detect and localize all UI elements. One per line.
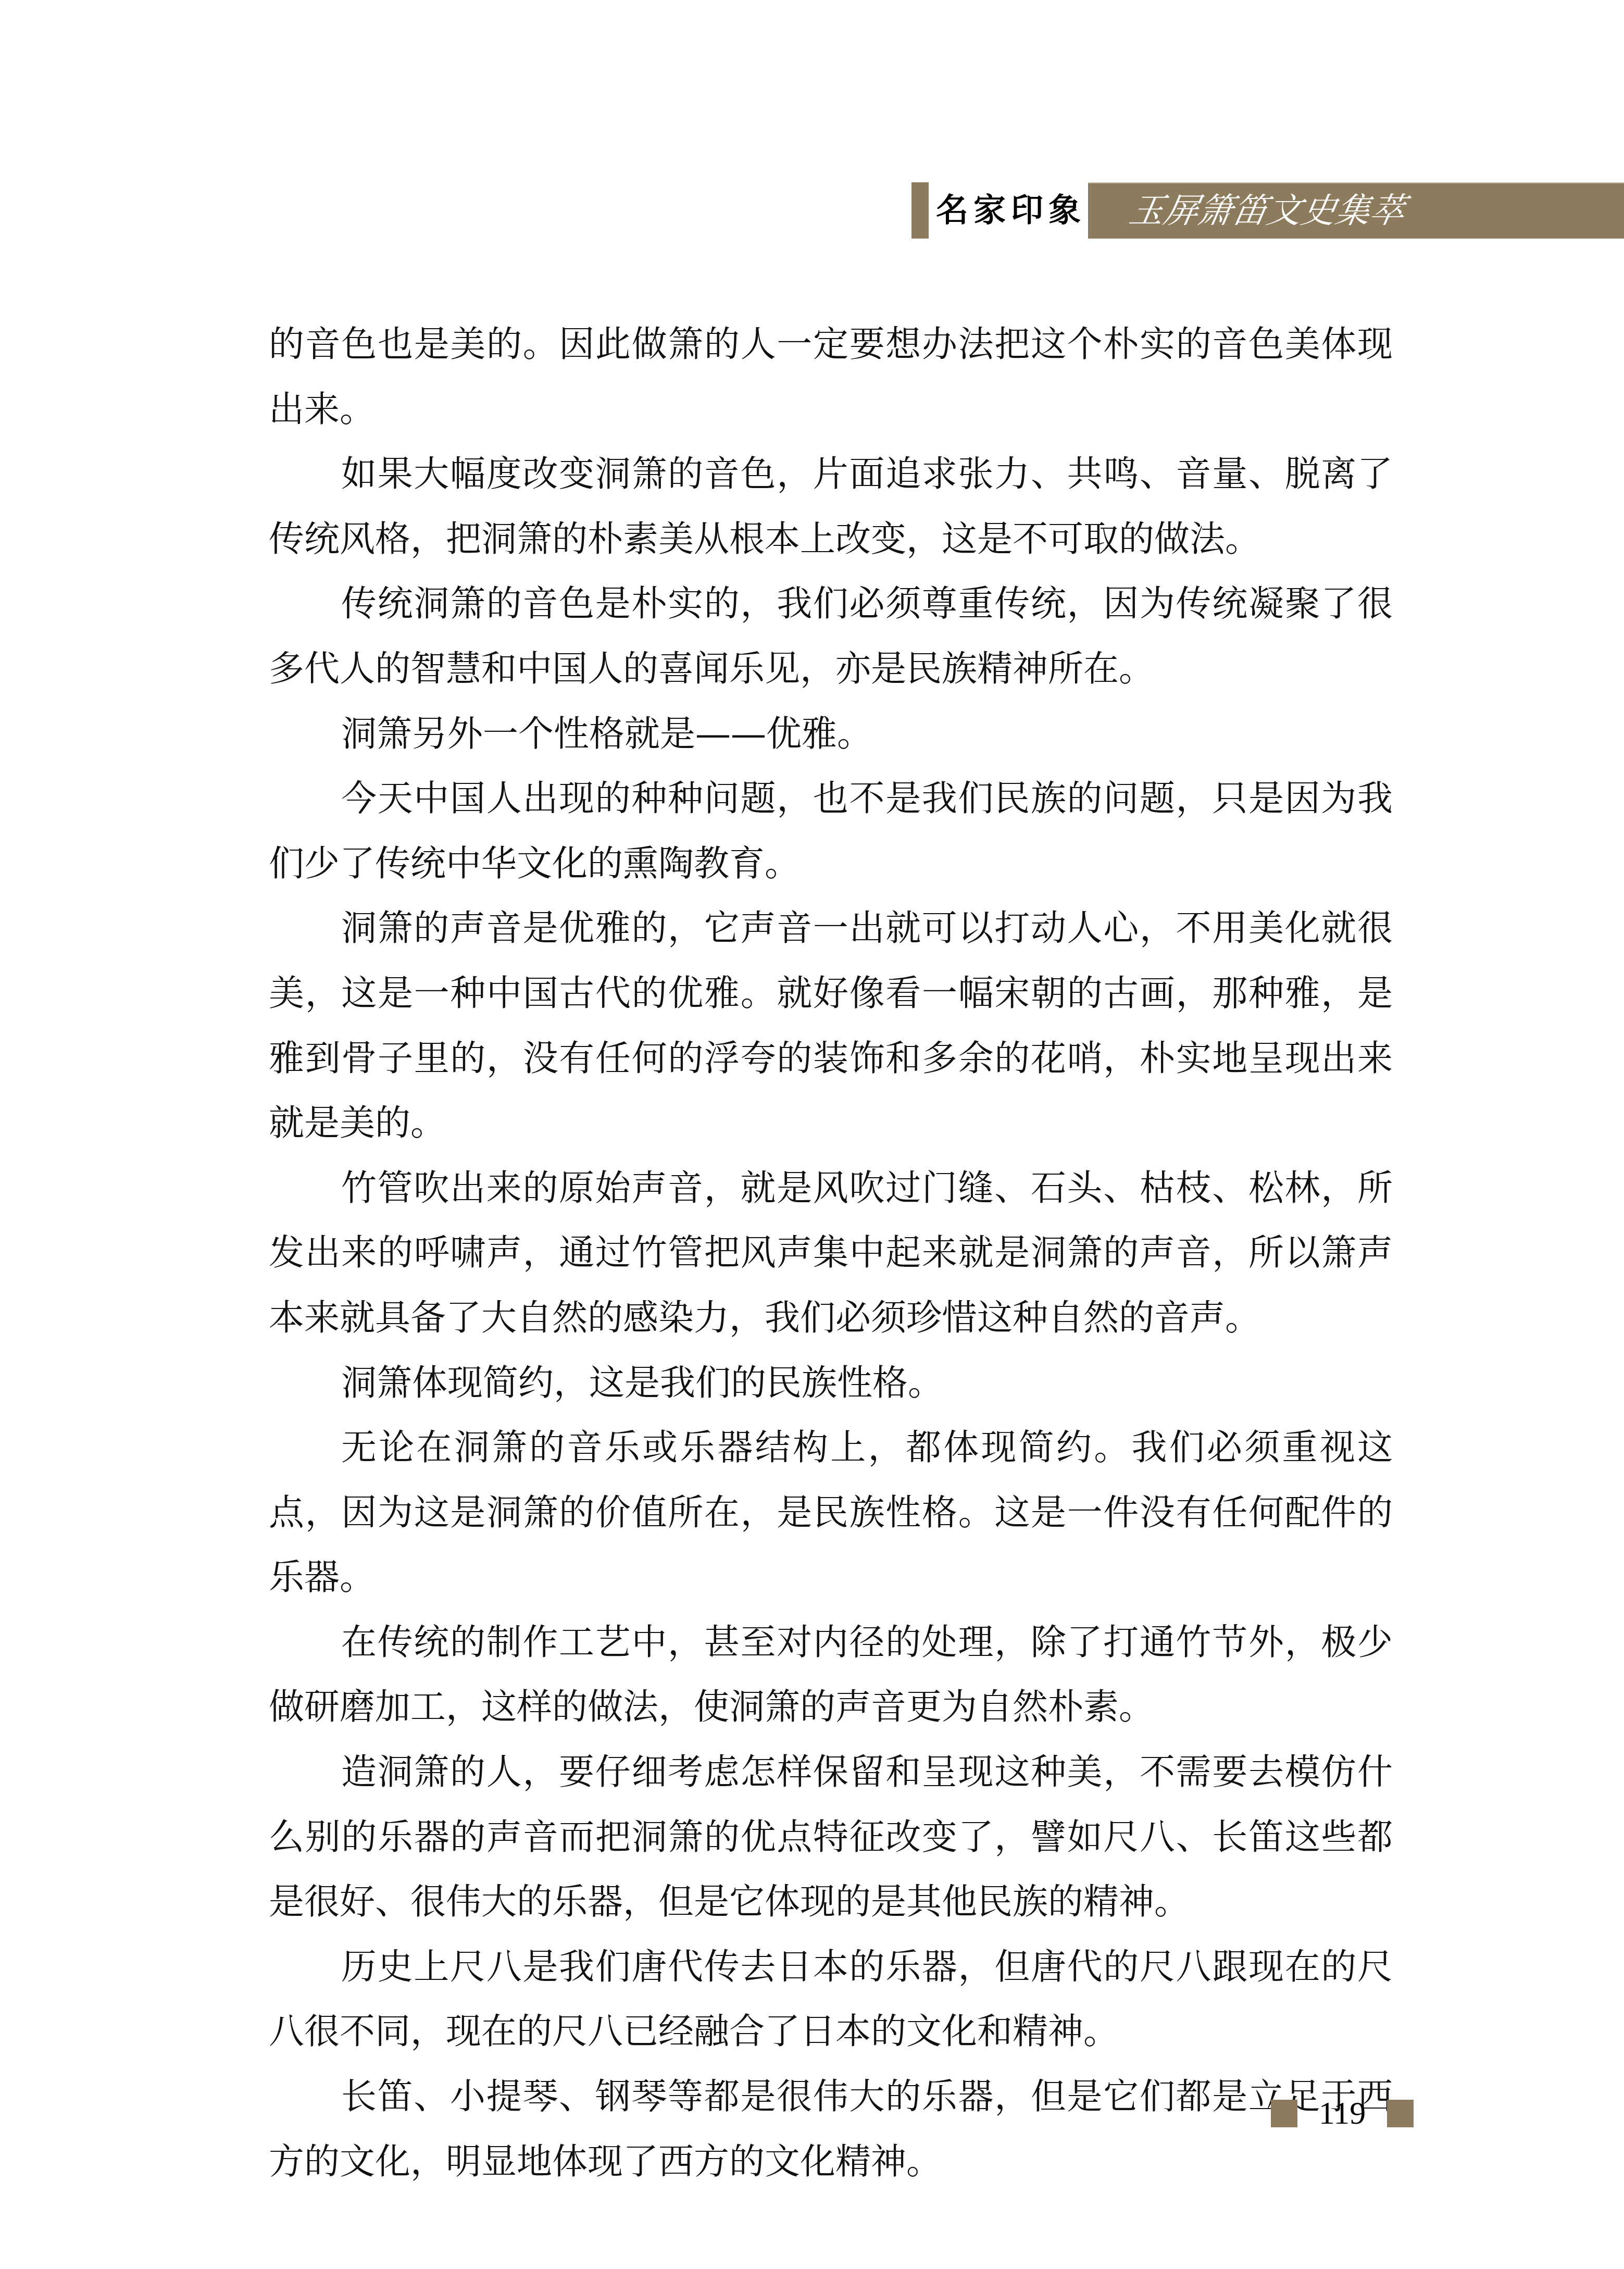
footer-square-left-icon <box>1271 2100 1297 2127</box>
page-footer: 119 <box>1271 2099 1414 2127</box>
paragraph: 洞箫体现简约，这是我们的民族性格。 <box>269 1351 1393 1416</box>
paragraph: 今天中国人出现的种种问题，也不是我们民族的问题，只是因为我们少了传统中华文化的熏… <box>269 767 1393 896</box>
paragraph: 历史上尺八是我们唐代传去日本的乐器，但唐代的尺八跟现在的尺八很不同，现在的尺八已… <box>269 1935 1393 2065</box>
paragraph: 如果大幅度改变洞箫的音色，片面追求张力、共鸣、音量、脱离了传统风格，把洞箫的朴素… <box>269 442 1393 572</box>
paragraph: 的音色也是美的。因此做箫的人一定要想办法把这个朴实的音色美体现出来。 <box>269 313 1393 442</box>
paragraph: 传统洞箫的音色是朴实的，我们必须尊重传统，因为传统凝聚了很多代人的智慧和中国人的… <box>269 572 1393 702</box>
header-accent-bar <box>911 182 929 239</box>
paragraph: 无论在洞箫的音乐或乐器结构上，都体现简约。我们必须重视这点，因为这是洞箫的价值所… <box>269 1416 1393 1611</box>
section-label: 名家印象 <box>936 183 1086 238</box>
paragraph: 洞箫的声音是优雅的，它声音一出就可以打动人心，不用美化就很美，这是一种中国古代的… <box>269 896 1393 1156</box>
paragraph: 在传统的制作工艺中，甚至对内径的处理，除了打通竹节外，极少做研磨加工，这样的做法… <box>269 1611 1393 1740</box>
book-title-calligraphy: 玉屏箫笛文史集萃 <box>1125 183 1410 239</box>
paragraph: 洞箫另外一个性格就是——优雅。 <box>269 702 1393 767</box>
paragraph: 竹管吹出来的原始声音，就是风吹过门缝、石头、枯枝、松林，所发出来的呼啸声，通过竹… <box>269 1156 1393 1351</box>
footer-square-right-icon <box>1387 2100 1414 2127</box>
paragraph: 长笛、小提琴、钢琴等都是很伟大的乐器，但是它们都是立足于西方的文化，明显地体现了… <box>269 2065 1393 2195</box>
page-number: 119 <box>1297 2099 1387 2127</box>
paragraph: 造洞箫的人，要仔细考虑怎样保留和呈现这种美，不需要去模仿什么别的乐器的声音而把洞… <box>269 1740 1393 1935</box>
body-text: 的音色也是美的。因此做箫的人一定要想办法把这个朴实的音色美体现出来。 如果大幅度… <box>269 313 1393 2195</box>
book-title-band: 玉屏箫笛文史集萃 <box>1088 182 1624 239</box>
